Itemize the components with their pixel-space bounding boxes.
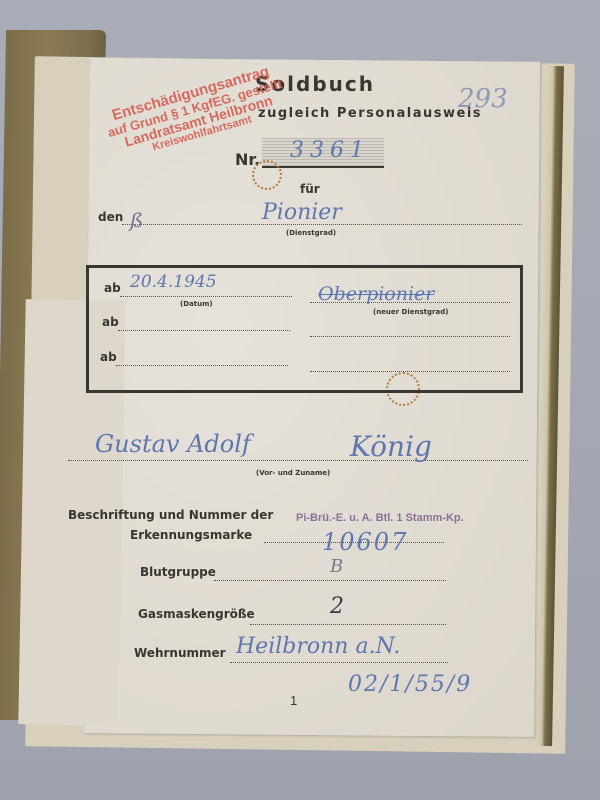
promotion-ab-1: ab [104,281,121,295]
promotion-ab-2: ab [102,315,119,329]
name-dotline [68,460,528,461]
rust-stain [252,160,282,190]
page-number: 1 [290,693,297,708]
rank-value: Pionier [262,200,342,225]
gas-mask-label: Gasmaskengröße [138,607,255,621]
id-tag-label-line2: Erkennungsmarke [130,528,252,542]
number-value: 3361 [290,138,370,163]
gas-mask-dotline [250,624,446,625]
rank-caption: (Dienstgrad) [286,229,336,237]
wehrnummer-value-line1: Heilbronn a.N. [236,634,400,659]
wehrnummer-label: Wehrnummer [134,646,226,660]
unit-stamp: Pi-Brü.-E. u. A. Btl. 1 Stamm-Kp. [296,512,464,524]
wehrnummer-dotline [230,662,448,663]
fur-label: für [300,182,320,196]
promotion-ab-3: ab [100,350,117,364]
promotion-rank-line-2 [310,336,510,337]
promotion-rank-line-3 [310,371,510,372]
date-caption: (Datum) [180,300,213,308]
blood-group-label: Blutgruppe [140,565,216,579]
promotion-date-1: 20.4.1945 [130,272,217,292]
id-tag-number: 10607 [322,528,408,556]
name-caption: (Vor- und Zuname) [256,469,330,477]
gas-mask-value: 2 [330,594,344,619]
handwritten-reference: 293 [458,84,508,114]
promotion-date-line-2 [118,330,290,331]
id-tag-label-line1: Beschriftung und Nummer der [68,508,273,522]
surname-value: König [350,430,432,463]
new-rank-caption: (neuer Dienstgrad) [373,308,448,316]
blood-group-dotline [214,580,446,581]
handwritten-initial: ß [130,208,143,232]
den-label: den [98,210,123,224]
blood-group-value: B [330,556,343,577]
promotion-date-line-3 [116,365,288,366]
wehrnummer-value-line2: 02/1/55/9 [348,672,472,697]
promotion-date-line-1 [120,296,292,297]
given-name-value: Gustav Adolf [95,430,251,458]
promotion-rank-1: Oberpionier [318,283,434,305]
